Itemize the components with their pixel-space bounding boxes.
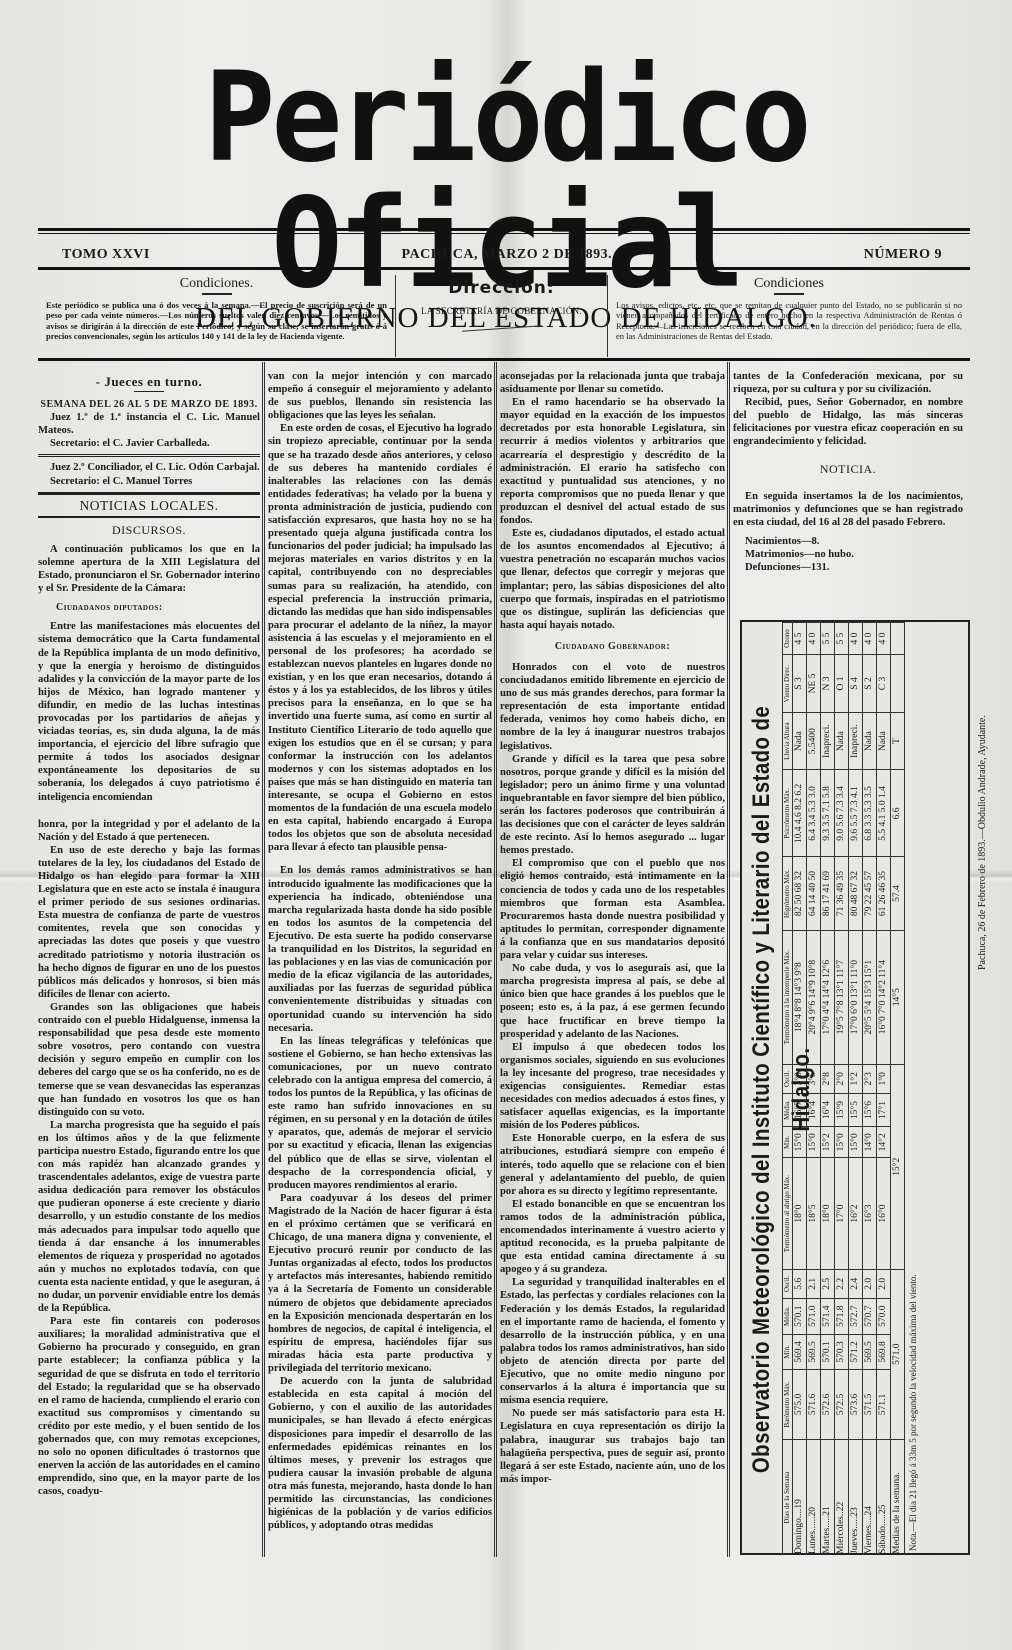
- table-cell: 571.0: [807, 1298, 821, 1334]
- header-cell: Dias de la Semana: [783, 1439, 793, 1555]
- table-cell: 570.7: [863, 1298, 877, 1334]
- table-cell: 572.5: [835, 1370, 849, 1439]
- header-cell: Termómetro á la intemperie Máx.: [783, 930, 793, 1064]
- header-cell: Higrómetro Máx.: [783, 857, 793, 930]
- signature-vertical: Pachuca, 26 de Febrero de 1893.—Obdulio …: [975, 640, 995, 1540]
- table-row: Sábado.....25571.1569.8570.02.016°014°21…: [877, 623, 891, 1556]
- table-cell: 570.3: [835, 1334, 849, 1370]
- table-cell: 6.4 3.4 5.3 3.0: [807, 770, 821, 857]
- salutation: Ciudadanos diputados:: [38, 601, 260, 614]
- table-cell: 15°0: [835, 1127, 849, 1158]
- table-cell: 18°5: [807, 1158, 821, 1269]
- table-cell: 15°2: [821, 1127, 835, 1158]
- table-cell: 5.5 4.1 5.0 1.4: [877, 770, 891, 857]
- observatory-table-box: Observatorio Meteorológico del Instituto…: [740, 620, 970, 1555]
- conditions-left-heading: Condiciones.: [46, 279, 387, 290]
- table-cell: 569.8: [877, 1334, 891, 1370]
- table-cell: Martes.....21: [821, 1439, 835, 1555]
- issue-meta-row: TOMO XXVI PACHUCA, MARZO 2 DE 1893. NÚME…: [62, 245, 942, 265]
- header-cell: Barómetro Máx.: [783, 1370, 793, 1439]
- paragraph: van con la mejor intención y con marcado…: [268, 370, 492, 422]
- table-cell: S 4: [849, 655, 863, 713]
- intro-paragraph: A continuación publicamos los que en la …: [38, 543, 260, 595]
- table-cell: Nada: [877, 712, 891, 770]
- paragraph: En el ramo hacendario se ha observado la…: [500, 396, 725, 527]
- table-row: Martes.....21572.6570.1571.42.518°015°21…: [821, 623, 835, 1556]
- paragraph: Honrados con el voto de nuestros conciud…: [500, 661, 725, 753]
- table-cell: 9.3 3.5 7.1 5.8: [821, 770, 835, 857]
- header-cell: Média.: [783, 1298, 793, 1334]
- table-cell: 14°0: [863, 1127, 877, 1158]
- table-cell: 1°0: [877, 1064, 891, 1093]
- table-cell: 5.5400: [807, 712, 821, 770]
- matrimonios: Matrimonios—no hubo.: [733, 548, 963, 561]
- table-cell: 16°0: [877, 1158, 891, 1269]
- observatory-signature: Pachuca, 26 de Febrero de 1893.—Obdulio …: [977, 715, 988, 970]
- observatory-rotated: Observatorio Meteorológico del Instituto…: [742, 622, 970, 1555]
- paragraph: Para este fin contareis con poderosos au…: [38, 1315, 260, 1498]
- paragraph: tantes de la Confederación mexicana, por…: [733, 370, 963, 396]
- header-cell: Mín.: [783, 1334, 793, 1370]
- table-cell: 16°4: [821, 1093, 835, 1126]
- table-cell: 20°5 5°4 15°3 15°1: [863, 930, 877, 1064]
- table-cell: 571.1: [877, 1370, 891, 1439]
- paragraph: El estado bonancible en que se encuentra…: [500, 1198, 725, 1277]
- column-2: van con la mejor intención y con marcado…: [268, 370, 492, 1555]
- table-cell: 82 50 68 32: [793, 857, 807, 930]
- table-cell: 569.5: [807, 1334, 821, 1370]
- table-cell: 15°9: [835, 1093, 849, 1126]
- table-cell: 19°5 7°8 13°1 11°7: [835, 930, 849, 1064]
- table-cell: 17°0: [835, 1158, 849, 1269]
- table-cell: [891, 623, 905, 655]
- table-cell: 569.5: [863, 1334, 877, 1370]
- table-cell: 16°0 7°0 14°2 11°4: [877, 930, 891, 1064]
- meta-rule-bottom: [38, 267, 970, 270]
- divider: [38, 492, 260, 495]
- noticia-heading: NOTICIA.: [733, 463, 963, 476]
- table-cell: 20°4 9°6 14°9 10°8: [807, 930, 821, 1064]
- table-cell: 571.5: [863, 1370, 877, 1439]
- header-cell: Oscil.: [783, 1269, 793, 1298]
- table-cell: [891, 655, 905, 713]
- paragraph: aconsejadas por la relacionada junta que…: [500, 370, 725, 396]
- divider: [38, 516, 260, 518]
- newspaper-page: Periódico Oficial DEL GOBIERNO DEL ESTAD…: [0, 0, 1012, 1650]
- masthead-rule-top: [38, 228, 970, 231]
- table-cell: 79 22 45 57: [863, 857, 877, 930]
- table-cell: 4 0: [877, 623, 891, 655]
- paragraph: Entre las manifestaciones más elocuentes…: [38, 620, 260, 803]
- paragraph: En este orden de cosas, el Ejecutivo ha …: [268, 422, 492, 854]
- table-cell: 575.0: [793, 1370, 807, 1439]
- conditions-row: Condiciones. Este periódico se publica u…: [38, 275, 970, 357]
- table-cell: 15°5: [849, 1093, 863, 1126]
- flourish-divider: [462, 325, 542, 332]
- table-row: Jueves.....23573.6571.2572.72.416°215°01…: [849, 623, 863, 1556]
- table-cell: Nada: [863, 712, 877, 770]
- salutation: Ciudadano Gobernador:: [500, 640, 725, 653]
- table-cell: 57.4: [891, 857, 905, 930]
- header-cell: Ozono: [783, 623, 793, 655]
- table-cell: 5 5: [835, 623, 849, 655]
- divider: [202, 293, 232, 295]
- paragraph: honra, por la integridad y por el adelan…: [38, 818, 260, 844]
- table-cell: 64 14 40 50: [807, 857, 821, 930]
- table-cell: 15°2: [891, 1064, 905, 1269]
- column-separator: [262, 362, 265, 1557]
- jueces-heading: - Jueces en turno.: [38, 375, 260, 388]
- table-cell: 86 17 41 69: [821, 857, 835, 930]
- tomo-label: TOMO XXVI: [62, 247, 150, 263]
- paragraph: La seguridad y tranquilidad inalterables…: [500, 1276, 725, 1407]
- paragraph: En las líneas telegráficas y telefónicas…: [268, 1035, 492, 1192]
- table-cell: 17°0 4°4 14°4 12°6: [821, 930, 835, 1064]
- table-cell: 18°0: [821, 1158, 835, 1269]
- place-date: PACHUCA, MARZO 2 DE 1893.: [402, 247, 613, 263]
- table-cell: Jueves.....23: [849, 1439, 863, 1555]
- column-4: tantes de la Confederación mexicana, por…: [733, 370, 963, 610]
- masthead-rule-top-thin: [38, 233, 970, 234]
- table-cell: 14°2: [877, 1127, 891, 1158]
- table-cell: 571.0: [891, 1269, 905, 1439]
- observatory-note: Nota.—El dia 21 llegó á 33m 5 por segund…: [908, 1274, 918, 1551]
- header-cell: Psicrómetro Máx.: [783, 770, 793, 857]
- paragraph: No puede ser más satisfactorio para esta…: [500, 1407, 725, 1486]
- divider: [134, 391, 164, 392]
- table-cell: Lunes......20: [807, 1439, 821, 1555]
- table-cell: 2.0: [877, 1269, 891, 1298]
- summary-row: Medias de la semana.571.015°214°557.46.6…: [891, 623, 905, 1556]
- paragraph: En seguida insertamos la de los nacimien…: [733, 490, 963, 529]
- header-cell: Viento Direc.: [783, 655, 793, 713]
- direccion-box: Dirección: LA SECRETARÍA DE GOBERNACIÓN.: [396, 275, 608, 357]
- table-cell: 18°0: [793, 1158, 807, 1269]
- table-cell: Inapreci.: [821, 712, 835, 770]
- table-cell: 4 5: [793, 623, 807, 655]
- secretario-1: Secretario: el C. Javier Carballeda.: [38, 437, 260, 450]
- divider: [38, 454, 260, 457]
- observatory-title: Observatorio Meteorológico del Instituto…: [742, 692, 782, 1487]
- table-cell: 2.4: [849, 1269, 863, 1298]
- table-cell: 2.5: [821, 1269, 835, 1298]
- conditions-left: Condiciones. Este periódico se publica u…: [38, 275, 396, 357]
- table-cell: 14°5: [891, 930, 905, 1064]
- table-cell: Inapreci.: [849, 712, 863, 770]
- table-cell: 4 0: [807, 623, 821, 655]
- table-cell: 17°0 6°0 13°1 11°0: [849, 930, 863, 1064]
- paragraph: El impulso á que obedecen todos los orga…: [500, 1041, 725, 1133]
- table-cell: 16°2: [849, 1158, 863, 1269]
- table-cell: S 3: [793, 655, 807, 713]
- table-cell: 2.1: [807, 1269, 821, 1298]
- table-cell: 1°2: [849, 1064, 863, 1093]
- table-cell: 4 0: [849, 623, 863, 655]
- table-cell: 16°3: [863, 1158, 877, 1269]
- column-separator: [494, 362, 497, 1557]
- noticias-locales-heading: NOTICIAS LOCALES.: [38, 499, 260, 512]
- table-cell: 6.8 3.3 5.3 3.5: [863, 770, 877, 857]
- table-cell: 573.6: [849, 1370, 863, 1439]
- table-cell: 5.6: [793, 1269, 807, 1298]
- table-cell: Medias de la semana.: [891, 1439, 905, 1555]
- discursos-heading: DISCURSOS.: [38, 524, 260, 537]
- observatory-footer: Nota.—El dia 21 llegó á 33m 5 por segund…: [905, 622, 921, 1555]
- paragraph: De acuerdo con la junta de salubridad es…: [268, 1375, 492, 1532]
- table-cell: T: [891, 712, 905, 770]
- table-cell: 572.7: [849, 1298, 863, 1334]
- paragraph: En uso de este derecho y bajo las formas…: [38, 844, 260, 1001]
- table-cell: S 2: [863, 655, 877, 713]
- header-cell: Lluvia Altura: [783, 712, 793, 770]
- nacimientos: Nacimientos—8.: [733, 535, 963, 548]
- secretario-2: Secretario: el C. Manuel Torres: [38, 475, 260, 488]
- table-cell: 570.0: [877, 1298, 891, 1334]
- paragraph: En los demás ramos administrativos se ha…: [268, 864, 492, 1034]
- table-cell: Nada: [835, 712, 849, 770]
- paragraph: Grandes son las obligaciones que habeis …: [38, 1001, 260, 1119]
- table-cell: 2°0: [835, 1064, 849, 1093]
- table-cell: 80 48 67 32: [849, 857, 863, 930]
- column-1: - Jueces en turno. SEMANA DEL 26 AL 5 DE…: [38, 375, 260, 1555]
- table-cell: 571.8: [835, 1298, 849, 1334]
- table-cell: 10.4 4.6 8.2 6.2: [793, 770, 807, 857]
- table-cell: 61 26 46 35: [877, 857, 891, 930]
- table-cell: Viernes....24: [863, 1439, 877, 1555]
- conditions-left-text: Este periódico se publica una ó dos vece…: [46, 300, 387, 342]
- table-cell: 4 0: [863, 623, 877, 655]
- table-cell: 71 36 49 35: [835, 857, 849, 930]
- semana-label: SEMANA DEL 26 AL 5 DE MARZO DE 1893.: [38, 398, 260, 411]
- paragraph: No cabe duda, y vos lo asegurais así, qu…: [500, 962, 725, 1041]
- table-cell: 570.1: [793, 1298, 807, 1334]
- table-cell: 17°1: [877, 1093, 891, 1126]
- table-cell: 2°3: [863, 1064, 877, 1093]
- direccion-heading: Dirección:: [404, 283, 599, 294]
- table-cell: 15°0: [849, 1127, 863, 1158]
- paragraph: Este Honorable cuerpo, en la esfera de s…: [500, 1132, 725, 1197]
- divider: [774, 293, 804, 295]
- table-row: Viernes....24571.5569.5570.72.016°314°01…: [863, 623, 877, 1556]
- table-cell: 18°4 8°8 14°3 9°8: [793, 930, 807, 1064]
- table-cell: NE 5: [807, 655, 821, 713]
- paragraph: El compromiso que con el pueblo que nos …: [500, 857, 725, 962]
- table-cell: Miércoles..22: [835, 1439, 849, 1555]
- column-separator: [727, 362, 730, 1557]
- table-cell: 5 5: [821, 623, 835, 655]
- table-row: Miércoles..22572.5570.3571.82.217°015°01…: [835, 623, 849, 1556]
- paragraph: Grande y difícil es la tarea que pesa so…: [500, 753, 725, 858]
- conditions-rule-bottom: [38, 358, 970, 361]
- conditions-right: Condiciones Los avisos, edictos, etc., e…: [608, 275, 970, 357]
- conditions-right-text: Los avisos, edictos, etc., etc. que se r…: [616, 300, 962, 342]
- column-3: aconsejadas por la relacionada junta que…: [500, 370, 725, 1555]
- table-cell: Nada: [793, 712, 807, 770]
- table-cell: 569.4: [793, 1334, 807, 1370]
- table-cell: Domingo....19: [793, 1439, 807, 1555]
- paragraph: Este es, ciudadanos diputados, el estado…: [500, 527, 725, 632]
- table-cell: 572.6: [821, 1370, 835, 1439]
- paragraph: Para coadyuvar á los deseos del primer M…: [268, 1192, 492, 1375]
- paragraph: Recibid, pues, Señor Gobernador, en nomb…: [733, 396, 963, 448]
- table-cell: 6.6: [891, 770, 905, 857]
- table-cell: 2.2: [835, 1269, 849, 1298]
- issue-number: NÚMERO 9: [864, 247, 942, 263]
- table-cell: 571.2: [849, 1334, 863, 1370]
- defunciones: Defunciones—131.: [733, 561, 963, 574]
- table-cell: 2.0: [863, 1269, 877, 1298]
- table-cell: 570.1: [821, 1334, 835, 1370]
- paragraph: La marcha progresista que ha seguido el …: [38, 1119, 260, 1315]
- header-cell: Termómetro al abrigo Máx.: [783, 1158, 793, 1269]
- juez-2: Juez 2.º Conciliador, el C. Lic. Odón Ca…: [38, 461, 260, 474]
- conditions-right-heading: Condiciones: [616, 279, 962, 290]
- table-cell: 9.6 5.5 7.3 4.1: [849, 770, 863, 857]
- table-cell: 571.4: [821, 1298, 835, 1334]
- table-cell: 9.0 5.6 7.3 3.4: [835, 770, 849, 857]
- table-cell: O 1: [835, 655, 849, 713]
- table-cell: N 3: [821, 655, 835, 713]
- table-cell: 571.6: [807, 1370, 821, 1439]
- table-cell: 15°6: [863, 1093, 877, 1126]
- direccion-text: LA SECRETARÍA DE GOBERNACIÓN.: [404, 306, 599, 317]
- table-cell: C 3: [877, 655, 891, 713]
- juez-1: Juez 1.º de 1.ª instancia el C. Lic. Man…: [38, 411, 260, 437]
- table-cell: Sábado.....25: [877, 1439, 891, 1555]
- table-cell: 2°8: [821, 1064, 835, 1093]
